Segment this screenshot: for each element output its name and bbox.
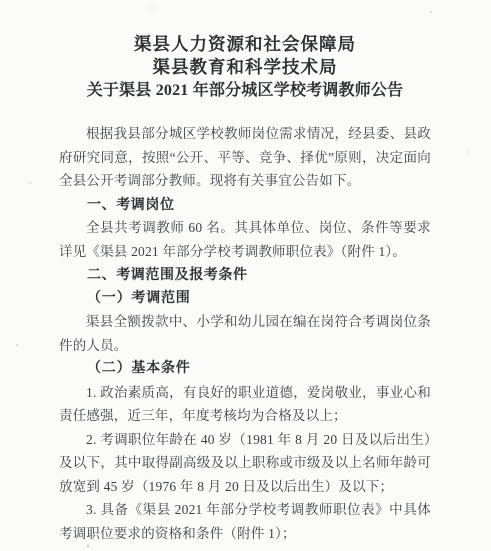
document-title-block: 渠县人力资源和社会保障局 渠县教育和科学技术局 关于渠县 2021 年部分城区学…	[59, 33, 431, 102]
document-title-line-3: 关于渠县 2021 年部分城区学校考调教师公告	[59, 79, 431, 102]
condition-item-1: 1. 政治素质高，有良好的职业道德，爱岗敬业，事业心和责任感强，近三年，年度考核…	[59, 381, 431, 428]
document-title-line-2: 渠县教育和科学技术局	[59, 56, 431, 79]
document-body: 根据我县部分城区学校教师岗位需求情况，经县委、县政府研究同意，按照“公开、平等、…	[59, 122, 431, 545]
document-content: 渠县人力资源和社会保障局 渠县教育和科学技术局 关于渠县 2021 年部分城区学…	[0, 0, 491, 545]
condition-item-3: 3. 具备《渠县 2021 年部分学校考调教师职位表》中具体考调职位要求的资格和…	[59, 498, 431, 545]
section-2-sub-2-heading: （二）基本条件	[59, 357, 431, 381]
section-2-heading: 二、考调范围及报考条件	[59, 263, 431, 287]
section-1-paragraph: 全县共考调教师 60 名。其具体单位、岗位、条件等要求详见《渠县 2021 年部…	[59, 216, 431, 263]
intro-paragraph: 根据我县部分城区学校教师岗位需求情况，经县委、县政府研究同意，按照“公开、平等、…	[59, 122, 431, 193]
condition-item-2: 2. 考调职位年龄在 40 岁（1981 年 8 月 20 日及以后出生）及以下…	[59, 428, 431, 499]
section-2-sub-1-heading: （一）考调范围	[59, 287, 431, 311]
section-2-sub-1-paragraph: 渠县全额拨款中、小学和幼儿园在编在岗符合考调岗位条件的人员。	[59, 310, 431, 357]
document-title-line-1: 渠县人力资源和社会保障局	[59, 33, 431, 56]
section-1-heading: 一、考调岗位	[59, 193, 431, 217]
scanned-document-page: 渠县人力资源和社会保障局 渠县教育和科学技术局 关于渠县 2021 年部分城区学…	[0, 0, 491, 551]
